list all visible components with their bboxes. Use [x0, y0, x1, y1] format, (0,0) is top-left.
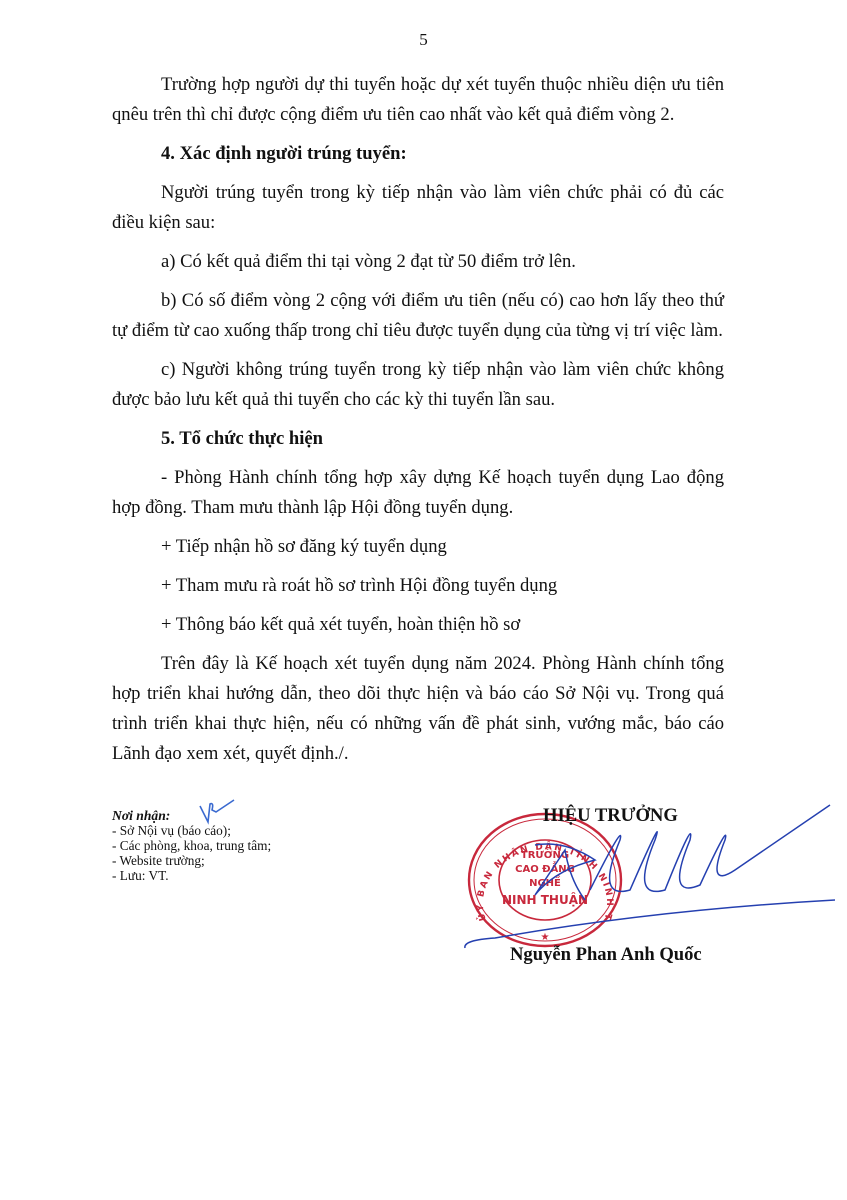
- paragraph: a) Có kết quả điểm thi tại vòng 2 đạt từ…: [112, 247, 724, 277]
- paragraph: - Phòng Hành chính tổng hợp xây dựng Kế …: [112, 463, 724, 523]
- section-heading: 4. Xác định người trúng tuyển:: [112, 139, 724, 169]
- paragraph: c) Người không trúng tuyển trong kỳ tiếp…: [112, 355, 724, 415]
- paragraph: + Thông báo kết quả xét tuyển, hoàn thiệ…: [112, 610, 724, 640]
- paragraph: Người trúng tuyển trong kỳ tiếp nhận vào…: [112, 178, 724, 238]
- signatory-name: Nguyễn Phan Anh Quốc: [510, 944, 702, 966]
- recipients-title: Nơi nhận:: [112, 808, 271, 823]
- recipient-item: - Sở Nội vụ (báo cáo);: [112, 823, 271, 838]
- recipient-item: - Website trường;: [112, 853, 271, 868]
- initials-mark-icon: [196, 798, 236, 826]
- document-body: Trường hợp người dự thi tuyển hoặc dự xé…: [112, 70, 724, 769]
- paragraph: + Tiếp nhận hồ sơ đăng ký tuyển dụng: [112, 532, 724, 562]
- paragraph: b) Có số điểm vòng 2 cộng với điểm ưu ti…: [112, 286, 724, 346]
- recipient-item: - Các phòng, khoa, trung tâm;: [112, 838, 271, 853]
- recipient-item: - Lưu: VT.: [112, 868, 271, 883]
- paragraph: Trường hợp người dự thi tuyển hoặc dự xé…: [112, 70, 724, 130]
- recipients-block: Nơi nhận: - Sở Nội vụ (báo cáo); - Các p…: [112, 808, 271, 883]
- page-number: 5: [0, 30, 847, 50]
- paragraph: Trên đây là Kế hoạch xét tuyển dụng năm …: [112, 649, 724, 769]
- section-heading: 5. Tổ chức thực hiện: [112, 424, 724, 454]
- handwritten-signature: [455, 800, 835, 960]
- paragraph: + Tham mưu rà roát hồ sơ trình Hội đồng …: [112, 571, 724, 601]
